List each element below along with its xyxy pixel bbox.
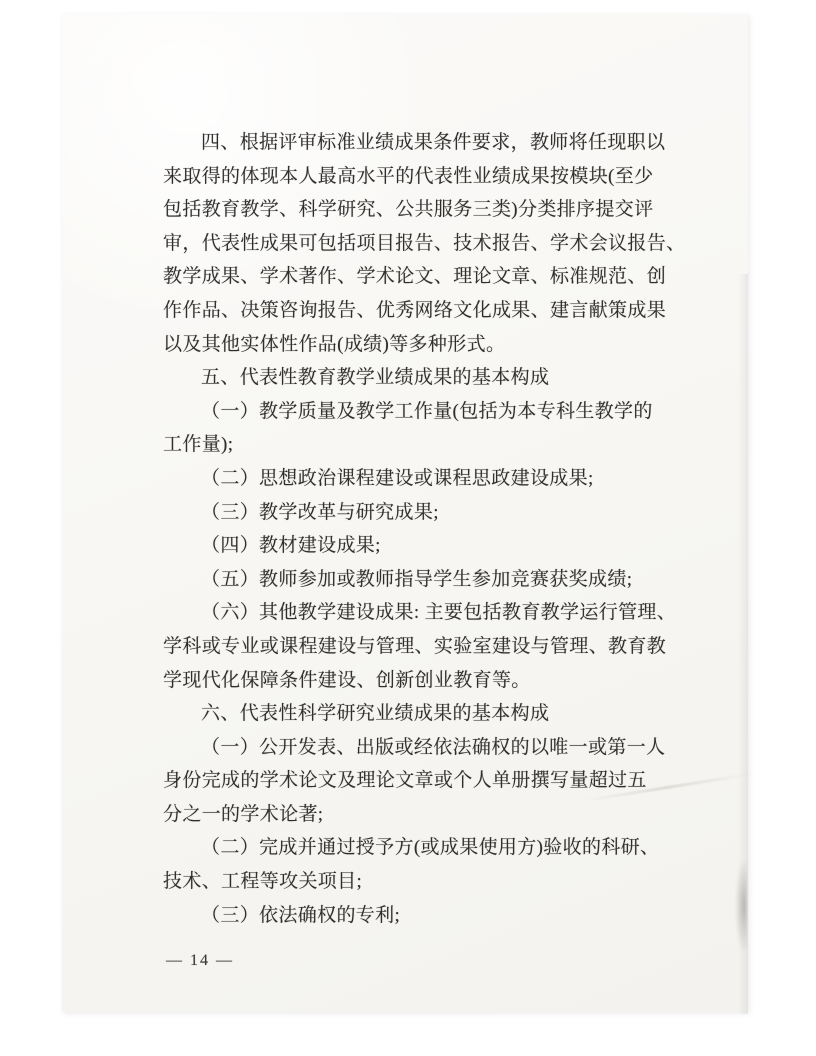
- text-line: 以及其他实体性作品(成绩)等多种形式。: [163, 328, 691, 362]
- document-body: 四、根据评审标准业绩成果条件要求，教师将任现职以来取得的体现本人最高水平的代表性…: [163, 126, 691, 932]
- text-line: 审，代表性成果可包括项目报告、技术报告、学术会议报告、: [163, 227, 691, 261]
- text-line: 五、代表性教育教学业绩成果的基本构成: [163, 361, 691, 395]
- text-line: （二）思想政治课程建设或课程思政建设成果;: [163, 462, 691, 496]
- page-number: — 14 —: [166, 950, 234, 972]
- text-line: 工作量);: [163, 428, 691, 462]
- scanned-document-page: 四、根据评审标准业绩成果条件要求，教师将任现职以来取得的体现本人最高水平的代表性…: [0, 0, 816, 1056]
- paper-sheet: 四、根据评审标准业绩成果条件要求，教师将任现职以来取得的体现本人最高水平的代表性…: [62, 14, 748, 1012]
- text-line: （三）教学改革与研究成果;: [163, 496, 691, 530]
- text-line: 学现代化保障条件建设、创新创业教育等。: [163, 664, 691, 698]
- text-line: 学科或专业或课程建设与管理、实验室建设与管理、教育教: [163, 630, 691, 664]
- text-line: （五）教师参加或教师指导学生参加竞赛获奖成绩;: [163, 563, 691, 597]
- text-line: （六）其他教学建设成果: 主要包括教育教学运行管理、: [163, 596, 691, 630]
- text-line: （一）公开发表、出版或经依法确权的以唯一或第一人: [163, 731, 691, 765]
- text-line: 包括教育教学、科学研究、公共服务三类)分类排序提交评: [163, 193, 691, 227]
- text-line: 来取得的体现本人最高水平的代表性业绩成果按模块(至少: [163, 160, 691, 194]
- text-line: （二）完成并通过授予方(或成果使用方)验收的科研、: [163, 831, 691, 865]
- scan-edge-smudge: [735, 860, 747, 952]
- text-line: 六、代表性科学研究业绩成果的基本构成: [163, 697, 691, 731]
- text-line: 教学成果、学术著作、学术论文、理论文章、标准规范、创: [163, 260, 691, 294]
- text-line: 技术、工程等攻关项目;: [163, 865, 691, 899]
- text-line: （一）教学质量及教学工作量(包括为本专科生教学的: [163, 395, 691, 429]
- text-line: 四、根据评审标准业绩成果条件要求，教师将任现职以: [163, 126, 691, 160]
- text-line: （三）依法确权的专利;: [163, 899, 691, 933]
- text-line: （四）教材建设成果;: [163, 529, 691, 563]
- text-line: 分之一的学术论著;: [163, 798, 691, 832]
- text-line: 作作品、决策咨询报告、优秀网络文化成果、建言献策成果: [163, 294, 691, 328]
- text-line: 身份完成的学术论文及理论文章或个人单册撰写量超过五: [163, 764, 691, 798]
